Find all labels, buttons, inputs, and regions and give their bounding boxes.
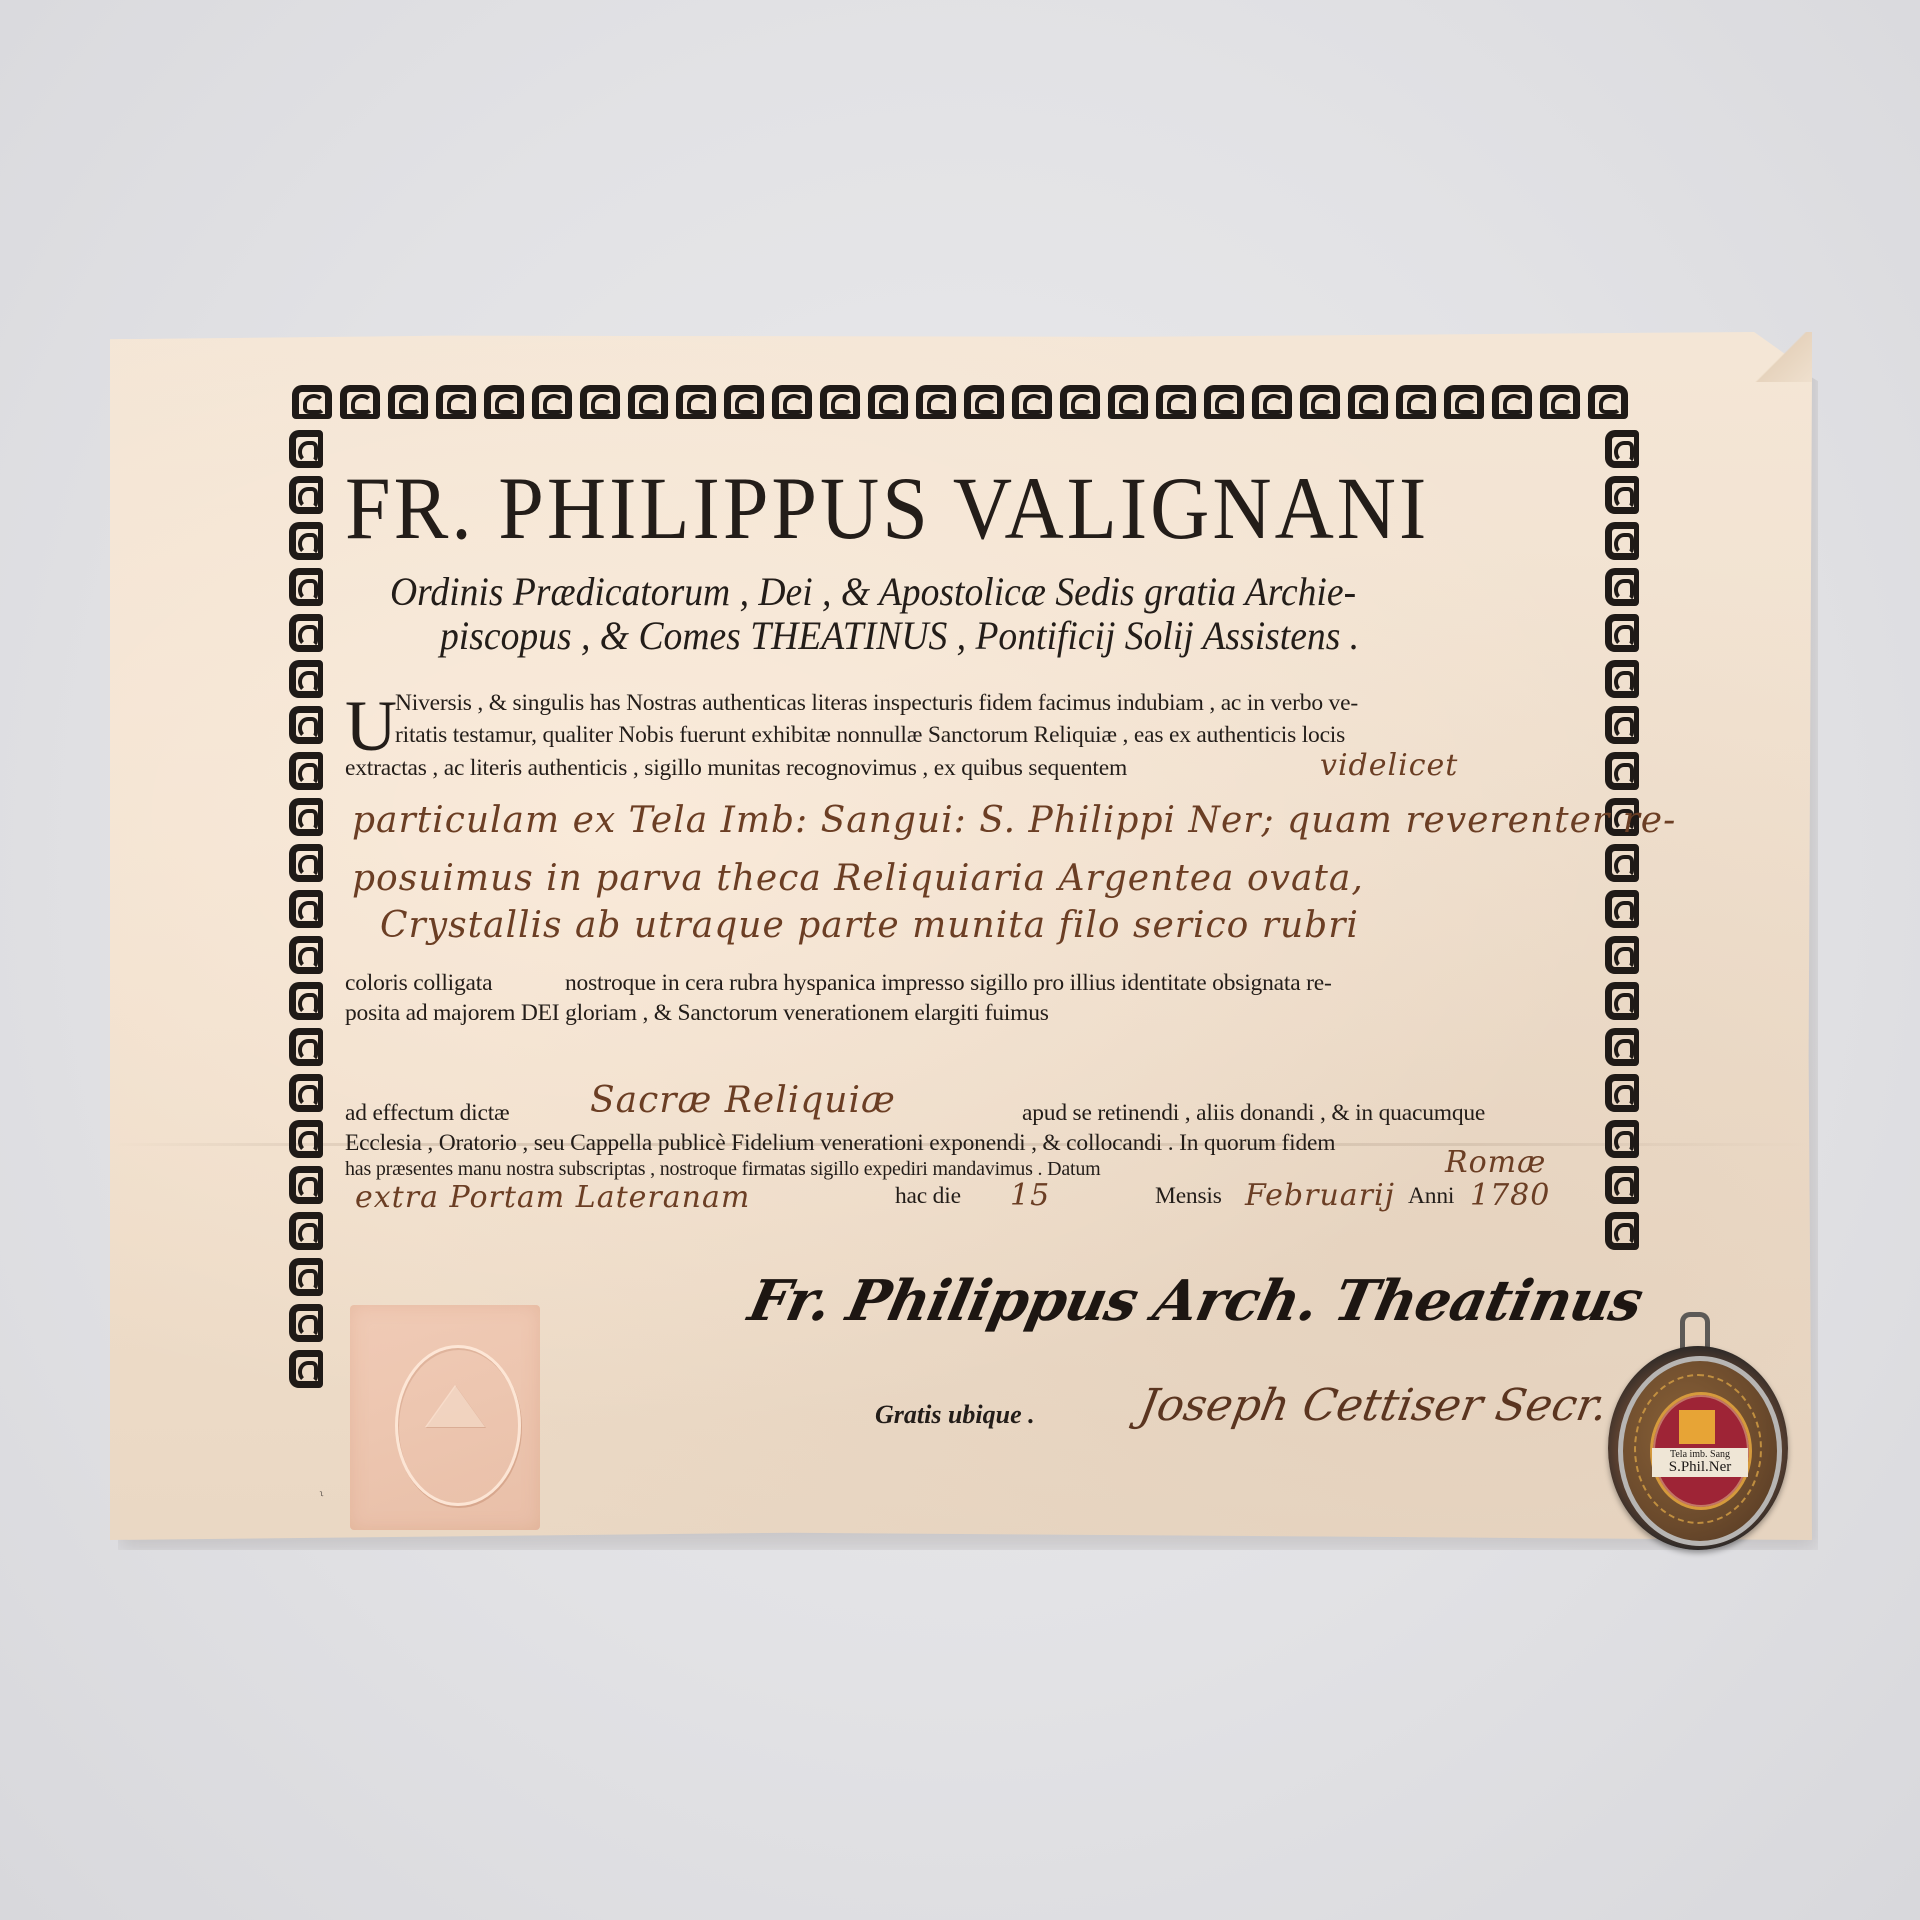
date-day: 15	[1010, 1178, 1050, 1213]
printed-line: extractas , ac literis authenticis , sig…	[345, 755, 1127, 782]
printed-line: Ecclesia , Oratorio , seu Cappella publi…	[345, 1130, 1335, 1157]
date-label-year: Anni	[1408, 1183, 1454, 1210]
ornamental-border-top	[290, 383, 1645, 425]
seal-mountain-icon	[425, 1385, 485, 1427]
relic-fragment-icon	[1679, 1410, 1715, 1444]
document-title: FR. PHILIPPUS VALIGNANI	[345, 458, 1595, 560]
date-year: 1780	[1470, 1178, 1550, 1213]
subtitle-line-1: Ordinis Prædicatorum , Dei , & Apostolic…	[390, 568, 1499, 615]
handwritten-line: particulam ex Tela Imb: Sangui: S. Phili…	[352, 800, 1676, 841]
date-month: Februarij	[1245, 1178, 1395, 1213]
printed-line: ritatis testamur, qualiter Nobis fuerunt…	[395, 722, 1345, 749]
printed-line: coloris colligata	[345, 970, 492, 997]
gratis-ubique-note: Gratis ubique .	[875, 1400, 1035, 1430]
handwritten-videlicet: videlicet	[1320, 748, 1458, 783]
handwritten-place: extra Portam Lateranam	[355, 1180, 750, 1215]
subtitle-line-2: piscopus , & Comes THEATINUS , Pontifici…	[440, 612, 1549, 659]
printed-line: Niversis , & singulis has Nostras authen…	[395, 690, 1358, 717]
reliquary-label-line-2: S.Phil.Ner	[1652, 1460, 1748, 1475]
printed-line: posita ad majorem DEI gloriam , & Sancto…	[345, 1000, 1049, 1027]
handwritten-sacrae-reliquiae: Sacræ Reliquiæ	[590, 1080, 896, 1121]
reliquary-label: Tela imb. Sang S.Phil.Ner	[1652, 1448, 1748, 1477]
printed-line: ad effectum dictæ	[345, 1100, 510, 1127]
date-label-month: Mensis	[1155, 1183, 1222, 1210]
ornamental-border-left	[287, 428, 329, 1438]
signature-archbishop: Fr. Philippus Arch. Theatinus	[743, 1268, 1648, 1334]
drop-cap: U	[345, 690, 397, 762]
handwritten-romae: Romæ	[1445, 1145, 1546, 1180]
handwritten-line: Crystallis ab utraque parte munita filo …	[380, 905, 1359, 946]
date-label-day: hac die	[895, 1183, 961, 1210]
reliquary-pendant: Tela imb. Sang S.Phil.Ner	[1608, 1330, 1788, 1550]
signature-secretary: Joseph Cettiser Secr.	[1136, 1380, 1612, 1431]
printed-line: has præsentes manu nostra subscriptas , …	[345, 1158, 1101, 1181]
ornamental-border-right	[1603, 428, 1645, 1290]
printed-line: apud se retinendi , aliis donandi , & in…	[1022, 1100, 1485, 1127]
handwritten-line: posuimus in parva theca Reliquiaria Arge…	[352, 858, 1364, 899]
paper-corner-fold	[1752, 332, 1812, 382]
printed-line: nostroque in cera rubra hyspanica impres…	[565, 970, 1332, 997]
